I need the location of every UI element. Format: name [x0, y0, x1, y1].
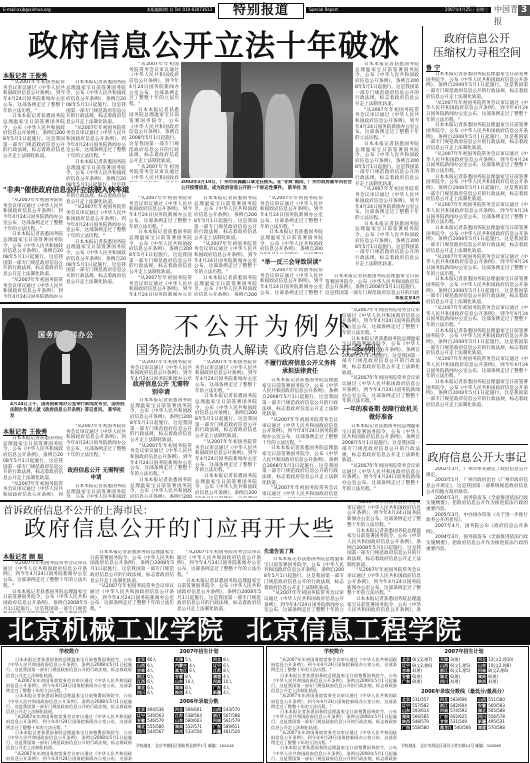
editor-line: 本版编辑/黄 岩 Tel: 010-63073613	[147, 7, 212, 13]
article2-subhead1: 政府信息公开 无需特别申请	[130, 381, 192, 397]
article2-photo-caption: 4月24日上午，国务院新闻办公室举行新闻发布会，国务院法制办负责人就《政府信息公…	[10, 402, 126, 422]
ad-school2-plan-title: 2007年招生计划	[401, 649, 527, 656]
masthead-right-bar: Special Report 2007年4月25日 星期三	[306, 7, 491, 13]
timeline-entry: 2007年4月，国务院公布《政府信息公开条例》。	[426, 524, 528, 535]
ad-school1-plan-table: 北京 80人天津 5人河北 8人 山西 6人内蒙古 4人辽宁 6人 吉林 4人黑…	[136, 657, 262, 696]
article1-col7-text: "从2007年年初国务院常务会议审议通过《中华人民共和国政府信息公开条例》，到今…	[260, 196, 323, 254]
sidebar1-title-line2: 压缩权力寻租空间	[424, 46, 530, 60]
article3-col4-text: 日本本报记者获悉国务院总理温家宝日前签署国务院令，公布《中华人民共和国政府信息公…	[264, 557, 344, 613]
article2-col1-text: 日本本报记者获悉国务院总理温家宝日前签署国务院令，公布《中华人民共和国政府信息公…	[3, 436, 63, 496]
section-title: 特别报道	[218, 3, 304, 19]
ad-school2-score-title: 2006年录取分数线（最低分/最高分）	[401, 689, 527, 696]
ad-panel-school2: 学校简介 "从2007年年初国务院常务会议审议通过《中华人民共和国政府信息公开条…	[266, 646, 529, 763]
newspaper-page: E-mail:xxjb@xinhua.org 本版编辑/黄 岩 Tel: 010…	[0, 0, 530, 763]
article3-col5-text: "从2007年年初国务院常务会议审议通过《中华人民共和国政府信息公开条例》，到今…	[347, 500, 421, 613]
article1-subhead2: "举一反三会导致误读"	[260, 258, 323, 267]
timeline-entry: 2002年3月，广州市率先制定了政府信息公开规定。	[426, 467, 528, 478]
section-divider	[0, 302, 420, 304]
article2-col2-text: "从2007年年初国务院常务会议审议通过《中华人民共和国政府信息公开条例》，到今…	[66, 424, 126, 464]
ad-school1-score-title: 2006年录取分数	[136, 699, 262, 706]
article2-photo: 国务院新闻办公	[2, 308, 126, 400]
ad-panel-school1: 学校简介 日本本报记者获悉国务院总理温家宝日前签署国务院令，公布《中华人民共和国…	[1, 646, 264, 763]
article1-col2-text: 日本本报记者获悉国务院总理温家宝日前签署国务院令，公布《中华人民共和国政府信息公…	[66, 80, 126, 298]
ad-school1-name: 北京机械工业学院	[8, 617, 224, 645]
ad-school2-score-table: 北京 531/557河北 583/606山西 551/580 辽宁 557/58…	[401, 697, 527, 730]
masthead: E-mail:xxjb@xinhua.org 本版编辑/黄 岩 Tel: 010…	[0, 4, 530, 18]
article2-col3-intro: "从2007年年初国务院常务会议审议通过《中华人民共和国政府信息公开条例》，到今…	[130, 360, 192, 380]
headline-article3: 政府信息公开的门应再开大些	[24, 515, 336, 545]
article1-col1-text: "从2007年年初国务院常务会议审议通过《中华人民共和国政府信息公开条例》，到今…	[3, 80, 65, 180]
column-divider	[422, 26, 423, 496]
ad-school2-contact: 学校地址：北京市海淀区清河小营东路12号 邮编：100085	[401, 743, 527, 749]
sidebar1-title-line1: 政府信息公开	[424, 32, 530, 46]
ad-school2-intro: "从2007年年初国务院常务会议审议通过《中华人民共和国政府信息公开条例》，到今…	[271, 657, 397, 761]
article1-col8-text: 日本本报记者获悉国务院总理温家宝日前签署国务院令，公布《中华人民共和国政府信息公…	[325, 274, 419, 296]
byline-article2: 本报记者 王俊秀	[3, 427, 47, 436]
article1-photo-caption: 2003年2月10日，广州市民佩戴口罩走在街头。在"非典"期间，广州市政府最早向…	[181, 180, 353, 194]
article2-col3-text: 日本本报记者获悉国务院总理温家宝日前签署国务院令，公布《中华人民共和国政府信息公…	[130, 398, 192, 498]
ad-school1-intro: 日本本报记者获悉国务院总理温家宝日前签署国务院令，公布《中华人民共和国政府信息公…	[6, 657, 132, 761]
sidebar-divider	[426, 444, 528, 445]
sidebar2-entries: 2002年3月，广州市率先制定了政府信息公开规定。 2003年1月，广州市政府出…	[426, 467, 528, 613]
ad-school2-intro-title: 学校简介	[271, 649, 397, 656]
article1-col1b-text: "从2007年年初国务院常务会议审议通过《中华人民共和国政府信息公开条例》，到今…	[3, 198, 63, 298]
ad-school1-plan-title: 2007年招生计划	[136, 649, 262, 656]
section-en: Special Report	[309, 7, 338, 12]
article2-col2b-text: 日本本报记者获悉国务院总理温家宝日前签署国务院令，公布《中华人民共和国政府信息公…	[66, 484, 126, 498]
masthead-left-bar: E-mail:xxjb@xinhua.org 本版编辑/黄 岩 Tel: 010…	[0, 7, 215, 13]
article3-subhead: 先道告说了算	[264, 549, 304, 556]
sidebar2-title: 政府信息公开大事记	[424, 451, 530, 465]
article1-col5-text: "从2007年年初国务院常务会议审议通过《中华人民共和国政府信息公开条例》，到今…	[129, 196, 192, 296]
timeline-entry: 2004年3月，国务院发布《全面推进依法行政实施纲要》，把政府信息公开作为推进依…	[426, 496, 528, 513]
ad-school2-name: 北京信息工程学院	[246, 617, 462, 645]
ad-school1-score-table: 北京 494/536河北 566/601山西 543/570 辽宁 540/56…	[136, 707, 262, 735]
timeline-entry: 2003年1月，广州市政府出台《广州市政府信息公开规定》，这是我国第一部系统规范…	[426, 478, 528, 495]
article2-col6-text: "从2007年年初国务院常务会议审议通过《中华人民共和国政府信息公开条例》，到今…	[342, 308, 420, 404]
photo-sign: 国务院新闻办公	[38, 330, 118, 340]
article2-subhead2: 不履行政府信息公开义务将承担法律责任	[262, 360, 338, 376]
ad-school1-intro-title: 学校简介	[6, 649, 132, 656]
email: E-mail:xxjb@xinhua.org	[3, 7, 51, 12]
sidebar1-author: 鲁 宁	[426, 63, 440, 72]
issue-date: 2007年4月25日 星期三	[445, 7, 488, 13]
article3-col2-text: 日本本报记者获悉国务院总理温家宝日前签署国务院令，公布《中华人民共和国政府信息公…	[90, 550, 174, 613]
article2-subhead-note: 政府信息公开 无需特别申请	[66, 468, 126, 482]
headline-main: 政府信息公开立法十年破冰	[28, 28, 400, 66]
ad-school2-plan-table: 北京 9(文2,理7)天津 3(理)河北 12(文2,理10) 辽宁 8(文2,…	[401, 657, 527, 685]
article2-subhead3: 一年的准备期 保障行政机关做好准备	[342, 406, 420, 422]
sidebar1-body: 日本本报记者获悉国务院总理温家宝日前签署国务院令，公布《中华人民共和国政府信息公…	[426, 72, 528, 440]
decorative-slashes: \\\\\	[470, 7, 475, 13]
ad-banner: 北京机械工业学院 北京信息工程学院	[0, 617, 530, 645]
article3-col1-text: "从2007年年初国务院常务会议审议通过《中华人民共和国政府信息公开条例》，到今…	[3, 561, 87, 613]
byline-article1: 本报记者 王俊秀	[3, 71, 47, 80]
article1-col6-text: 日本本报记者获悉国务院总理温家宝日前签署国务院令，公布《中华人民共和国政府信息公…	[194, 196, 257, 296]
ad-school1-contact: 学校地址：北京市朝阳区酒仙桥北路甲1号 邮编：100016	[136, 743, 262, 749]
article2-col5-text: 日本本报记者获悉国务院总理温家宝日前签署国务院令，公布《中华人民共和国政府信息公…	[262, 378, 338, 498]
article1-col3-text: "从2007年年初国务院常务会议审议通过《中华人民共和国政府信息公开条例》，到今…	[129, 62, 179, 182]
article1-photo	[181, 62, 353, 178]
article1-col7b-text: "从2007年年初国务院常务会议审议通过《中华人民共和国政府信息公开条例》，到今…	[260, 268, 323, 296]
timeline-entry: 2004年3月，国务院发布《全面推进依法行政实施纲要》，把政府信息公开作为推进依…	[426, 535, 528, 552]
byline-article3: 本报记者 顾 瑞	[3, 552, 43, 561]
headline-article2: 不公开为例外	[174, 312, 354, 342]
article3-col3-text: "从2007年年初国务院常务会议审议通过《中华人民共和国政府信息公开条例》，到今…	[177, 550, 261, 613]
timeline-entry: 2005年3月，中办国办印发《关于进一步推行政务公开的意见》。	[426, 513, 528, 524]
page-number: 3	[518, 5, 530, 16]
article2-col6b-text: 日本本报记者获悉国务院总理温家宝日前签署国务院令，公布《中华人民共和国政府信息公…	[342, 424, 420, 498]
article1-col4-text: 日本本报记者获悉国务院总理温家宝日前签署国务院令，公布《中华人民共和国政府信息公…	[355, 62, 419, 272]
article2-col4-text: "从2007年年初国务院常务会议审议通过《中华人民共和国政府信息公开条例》，到今…	[195, 360, 257, 498]
